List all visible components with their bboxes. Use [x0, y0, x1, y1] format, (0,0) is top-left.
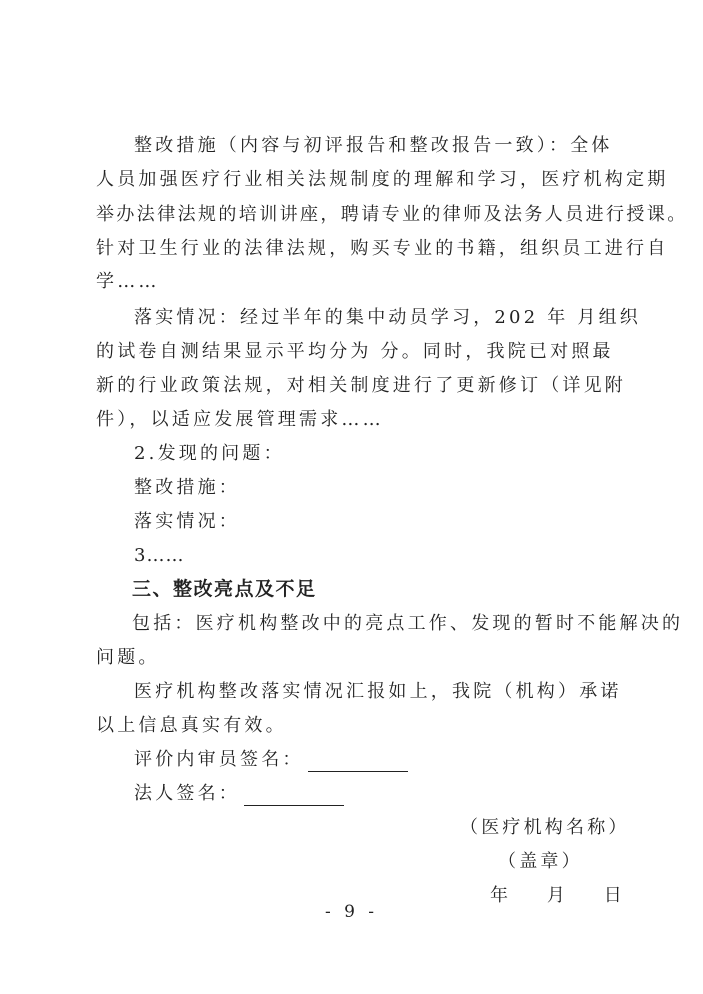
- auditor-signature-label: 评价内审员签名：: [134, 749, 304, 770]
- implementation-paragraph-line: 落实情况：经过半年的集中动员学习，202 年 月组织: [134, 306, 654, 330]
- commitment-paragraph-line: 以上信息真实有效。: [96, 714, 616, 738]
- measures-paragraph-line: 人员加强医疗行业相关法规制度的理解和学习，医疗机构定期: [96, 168, 616, 192]
- measures-paragraph-line: 针对卫生行业的法律法规，购买专业的书籍，组织员工进行自: [96, 237, 616, 261]
- page-number: - 9 -: [0, 902, 703, 922]
- implementation-paragraph-line: 新的行业政策法规，对相关制度进行了更新修订（详见附: [96, 374, 616, 398]
- measures-paragraph-line: 学……: [96, 270, 616, 294]
- commitment-paragraph-line: 医疗机构整改落实情况汇报如上，我院（机构）承诺: [134, 680, 654, 704]
- legal-rep-signature-field[interactable]: [244, 787, 344, 806]
- section-three-heading: 三、整改亮点及不足: [132, 577, 652, 601]
- item-2-measures-label: 整改措施：: [134, 476, 654, 500]
- seal-placeholder: （盖章）: [498, 850, 583, 874]
- implementation-paragraph-line: 的试卷自测结果显示平均分为 分。同时，我院已对照最: [96, 340, 616, 364]
- section-three-paragraph-line: 包括：医疗机构整改中的亮点工作、发现的暂时不能解决的: [132, 612, 652, 636]
- legal-rep-signature-label: 法人签名：: [134, 783, 240, 804]
- item-2-title: 2.发现的问题：: [134, 442, 654, 466]
- auditor-signature-field[interactable]: [308, 753, 408, 772]
- section-three-paragraph-line: 问题。: [96, 646, 616, 670]
- measures-paragraph-line: 举办法律法规的培训讲座，聘请专业的律师及法务人员进行授课。: [96, 203, 616, 227]
- document-page: 整改措施（内容与初评报告和整改报告一致）：全体 人员加强医疗行业相关法规制度的理…: [0, 0, 703, 994]
- implementation-paragraph-line: 件），以适应发展管理需求……: [96, 408, 616, 432]
- item-2-implementation-label: 落实情况：: [134, 510, 654, 534]
- auditor-signature-row: 评价内审员签名：: [134, 748, 654, 772]
- item-3: 3……: [134, 544, 654, 568]
- org-name-placeholder: （医疗机构名称）: [460, 816, 630, 840]
- legal-rep-signature-row: 法人签名：: [134, 782, 654, 806]
- measures-paragraph-line: 整改措施（内容与初评报告和整改报告一致）：全体: [134, 134, 654, 158]
